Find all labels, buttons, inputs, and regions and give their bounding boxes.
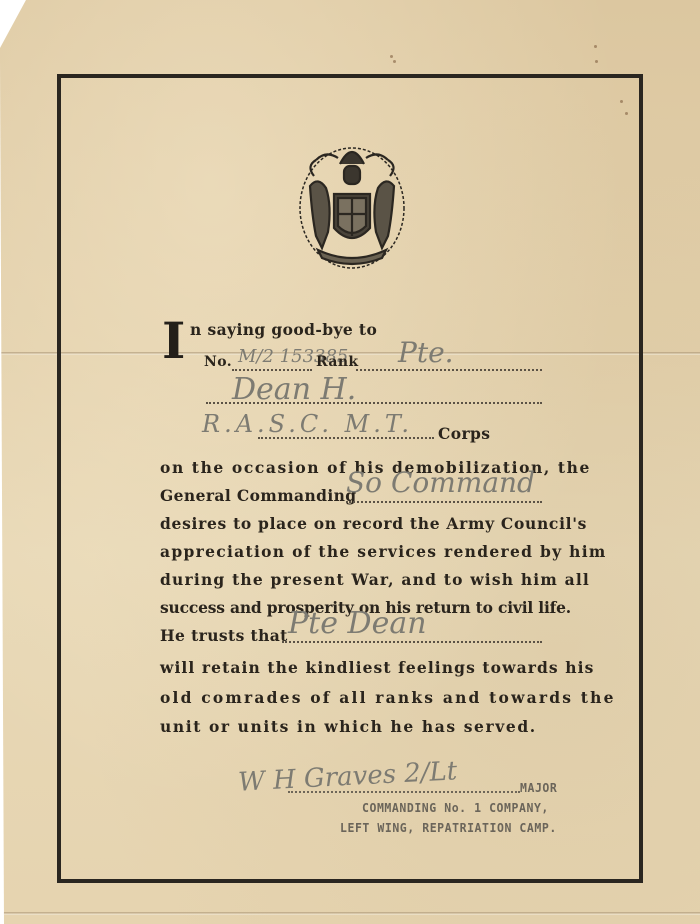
- number-dotted-line: [232, 369, 312, 371]
- body-line-4: appreciation of the services rendered by…: [160, 542, 607, 561]
- drop-cap-initial: I: [162, 316, 185, 366]
- body-line-3: desires to place on record the Army Coun…: [160, 514, 587, 533]
- stamp-rank: MAJOR: [520, 780, 557, 795]
- royal-coat-of-arms-icon: [296, 136, 408, 272]
- stamp-line-2: LEFT WING, REPATRIATION CAMP.: [340, 820, 557, 835]
- rank-label: Rank: [316, 354, 359, 370]
- opening-line: n saying good-bye to: [190, 320, 377, 339]
- trusts-dotted-line: [282, 641, 542, 643]
- body-line-9: old comrades of all ranks and towards th…: [160, 688, 616, 707]
- body-line-5: during the present War, and to wish him …: [160, 570, 590, 589]
- foxing-spot: [595, 60, 598, 63]
- rank-handwritten: Pte.: [398, 336, 454, 369]
- foxing-spot: [390, 55, 393, 58]
- command-dotted-line: [346, 501, 542, 503]
- corps-label: Corps: [438, 424, 490, 443]
- trusts-name-handwritten: Pte Dean: [288, 606, 427, 641]
- body-line-7: He trusts that: [160, 626, 288, 645]
- corps-handwritten: R.A.S.C. M.T.: [202, 410, 413, 438]
- rank-dotted-line: [356, 369, 542, 371]
- body-line-10: unit or units in which he has served.: [160, 717, 537, 736]
- foxing-spot: [393, 60, 396, 63]
- stamp-line-1: COMMANDING No. 1 COMPANY,: [362, 800, 549, 815]
- body-line-2: General Commanding: [160, 486, 357, 505]
- number-label: No.: [204, 354, 232, 370]
- name-handwritten: Dean H.: [232, 372, 356, 407]
- certificate-paper: I n saying good-bye to No. M/2 153385 Ra…: [0, 0, 700, 924]
- body-line-8: will retain the kindliest feelings towar…: [160, 658, 594, 677]
- foxing-spot: [594, 45, 597, 48]
- command-handwritten: So Command: [346, 466, 535, 499]
- fold-crease-bottom: [0, 912, 700, 915]
